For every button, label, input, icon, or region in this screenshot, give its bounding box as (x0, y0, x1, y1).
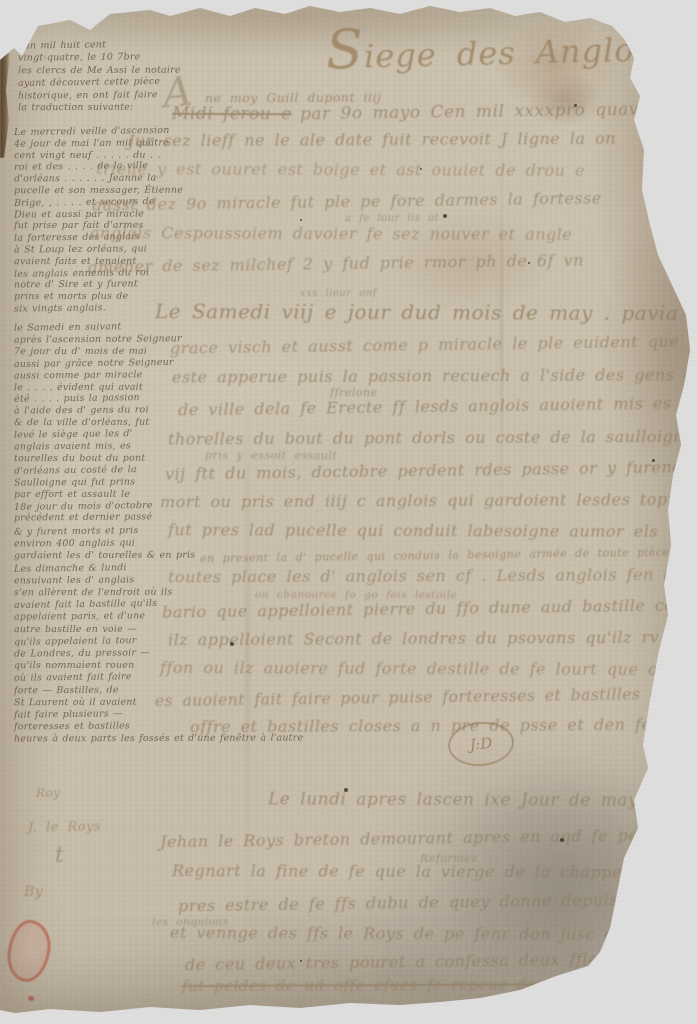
margin-note-line: où ils avaient fait faire (14, 672, 132, 685)
main-text-line: toutes place les d' anglois sen cf . Les… (168, 564, 697, 586)
margin-note-line: les clercs de Me Assi le notaire (18, 65, 181, 77)
margin-note-line: Saulloigne qui fut prins (14, 476, 135, 488)
ink-speck (344, 788, 348, 792)
ink-speck (574, 104, 577, 107)
margin-note-line: Les dimanche & lundi (14, 562, 127, 575)
margin-note-line: à l'aide des d' gens du roi (14, 405, 149, 417)
margin-note-line: notre d' Sire et y furent (14, 279, 138, 291)
margin-note-line: ayant découvert cette pièce (18, 76, 160, 89)
main-text-line: fut pres lad pucelle qui conduit labesoi… (168, 520, 658, 541)
margin-note-line: s'en allèrent de l'endroit où ils (14, 587, 173, 599)
main-text-line: ilz appelloient Secont de londres du pso… (168, 628, 659, 650)
margin-note-line: environ 400 anglais qui (14, 538, 135, 550)
margin-note-line: forteresses et bastilles (14, 721, 130, 733)
ink-speck (420, 168, 422, 170)
margin-note-line: qu'ils nommaient rouen (14, 660, 134, 671)
margin-note-line: d'orléans au costé de la (14, 464, 137, 477)
main-text-line: J. le Roys (28, 819, 101, 835)
ink-speck (528, 262, 530, 264)
main-text-line: trieue y est ouuret est boige et ast ouu… (96, 159, 585, 180)
ink-speck (230, 642, 234, 646)
margin-note-line: gardaient les d' tourelles & en pris (14, 550, 195, 562)
margin-note-line: après l'ascension notre Seigneur (14, 333, 182, 345)
ink-speck (652, 459, 655, 462)
ink-speck (560, 838, 564, 842)
main-text-line: Jur sez lieff ne le ale date fuit recevo… (128, 129, 616, 151)
margin-note-line: anglais avaient mis, es (14, 440, 131, 452)
main-text-line: et vennge des ffs le Roys de pe fenr don… (170, 923, 646, 944)
margin-note-line: à St Loup lez orléans, qui (14, 243, 147, 255)
margin-note-line: historique, en ont fait faire (18, 89, 158, 101)
margin-note-line: levé le siège que les d' (14, 428, 133, 441)
margin-note-line: l'an mil huit cent (18, 39, 106, 51)
main-text-line: Roy (36, 786, 61, 800)
margin-note-line: 7e jour du d' mois de mai (14, 346, 147, 357)
margin-note-line: six vingts anglais. (14, 302, 106, 314)
margin-note-line: appelaient paris, et d'une (14, 611, 145, 623)
margin-note-line: & de la ville d'orléans, fut (14, 417, 149, 428)
margin-note-line: tourelles du bout du pont (14, 453, 145, 464)
margin-note-line: de Londres, du pressoir — (14, 647, 150, 659)
margin-note-line: forte — Bastilles, de (14, 684, 119, 696)
margin-note-line: la traduction suivante: (18, 102, 133, 113)
margin-note-line: été . . . . puis la passion (14, 393, 140, 406)
main-text-line: thorelles du bout du pont dorls ou coste… (168, 426, 697, 448)
main-text-line: a fe lour lis ot (345, 213, 439, 224)
main-text-line: Le Samedi viij e jour dud mois de may . … (155, 299, 678, 325)
margin-note-line: & y furent morts et pris (14, 525, 139, 538)
margin-note-line: avaient fait la bastille qu'ils (14, 598, 157, 611)
main-text-line: Regnart la fine de fe que la vierge de l… (172, 861, 697, 882)
margin-note-line: fait faire plusieurs — (14, 708, 123, 721)
main-text-line: mort ou pris end iiij c anglois qui gard… (160, 490, 697, 512)
main-text-line: By (24, 884, 43, 900)
main-text-line: este apperue puis la passion recuech a l… (172, 364, 697, 386)
margin-note-line: prins et morts plus de (14, 291, 128, 302)
main-text-line: t (55, 843, 64, 868)
main-text-line: ffon ou ilz auoiere fud forte destille d… (160, 658, 664, 679)
margin-note-line: aussi par grâce notre Seigneur (14, 357, 174, 370)
margin-note-line: St Laurent où il avaient (14, 697, 137, 708)
parchment-page: Siege des Angloys leue J:D l'an mil huit… (0, 0, 697, 1024)
margin-note-line: autre bastille en voie — (14, 623, 137, 634)
main-text-line: pris y essoit essault (205, 449, 337, 462)
margin-note-line: ensuivant les d' anglais (14, 574, 134, 586)
margin-note-line: aussi comme par miracle (14, 369, 143, 381)
margin-note-line: précédent et dernier passé (14, 512, 152, 524)
margin-note-line: le Samedi en suivant (14, 321, 122, 333)
main-text-line: Midi ferou e (172, 104, 292, 124)
margin-note-line: qu'ils appelaient la tour (14, 635, 137, 648)
margin-note-line: 18e jour du mois d'octobre (14, 500, 153, 513)
main-text-line: anglois Cespoussoiem davoier fe sez nouv… (90, 223, 572, 244)
margin-note-line: le . . . . évident qui avait (14, 381, 143, 392)
ink-speck (443, 214, 447, 218)
ink-speck (300, 219, 302, 221)
margin-note-line: par effort et assault le (14, 488, 130, 499)
margin-note-line: vingt-quatre, le 10 7bre (18, 52, 140, 64)
main-text-line: Le lundi apres lascen ixe Jour de may (268, 789, 638, 810)
main-text-line: xxs lieur onf (300, 288, 377, 299)
manuscript-scan: Siege des Angloys leue J:D l'an mil huit… (0, 0, 697, 1024)
main-text-line: offre et bastilles closes a n pre de pss… (190, 715, 697, 737)
ink-speck (300, 960, 302, 962)
